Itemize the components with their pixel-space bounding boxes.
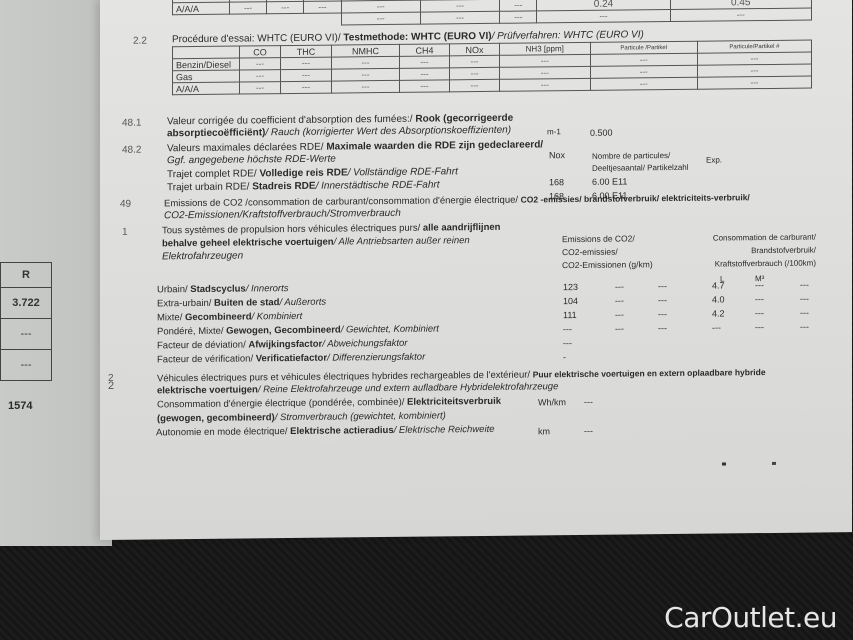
left-page-value: 1574 — [8, 400, 32, 412]
consumption-cell: --- — [658, 294, 667, 306]
consumption-cell: --- — [615, 323, 624, 335]
co2-column-header: Emissions de CO2/ CO2-emissies/ CO2-Emis… — [562, 232, 653, 272]
consumption-cell: --- — [800, 279, 809, 291]
item-48-2-line1: Valeurs maximales déclarées RDE/ Maximal… — [167, 139, 543, 155]
consumption-cell: --- — [658, 280, 667, 292]
left-page-marker: 2 — [108, 380, 114, 392]
item-49-line2: CO2-Emissionen/Kraftstoffverbrauch/Strom… — [164, 208, 401, 222]
exp-header: Exp. — [706, 154, 722, 166]
consumption-cell: 4.7 — [712, 279, 725, 291]
section-number: 2.2 — [133, 36, 147, 47]
electric-consumption-2: (gewogen, gecombineerd)/ Stromverbrauch … — [157, 410, 446, 425]
particles-header: Deeltjesaantal/ Partikelzahl — [592, 162, 689, 175]
consumption-cell: --- — [615, 309, 624, 321]
particles-header: Nombre de particules/ — [592, 150, 670, 163]
item-number: 48.1 — [122, 118, 141, 129]
left-table-cell: --- — [1, 319, 52, 350]
consumption-row: Facteur de déviation/ Afwijkingsfactor/ … — [157, 338, 407, 353]
top-table-row-label: A/A/A — [173, 2, 230, 15]
item-number: 49 — [120, 199, 131, 210]
consumption-row: Urbain/ Stadscyclus/ Innerorts — [157, 283, 289, 296]
consumption-cell: --- — [755, 293, 764, 305]
consumption-cell: --- — [615, 295, 624, 307]
print-mark — [722, 462, 726, 465]
item-1-line3: Elektrofahrzeugen — [162, 251, 243, 264]
consumption-cell: --- — [658, 308, 667, 320]
consumption-cell: 123 — [563, 281, 578, 293]
consumption-cell: --- — [615, 281, 624, 293]
consumption-row: Extra-urbain/ Buiten de stad/ Außerorts — [157, 297, 326, 311]
print-mark — [772, 462, 776, 465]
consumption-row: Facteur de vérification/ Verificatiefact… — [157, 352, 425, 367]
consumption-cell: --- — [755, 279, 764, 291]
consumption-cell: --- — [563, 323, 572, 335]
item-1-line2: behalve geheel elektrische voertuigen/ A… — [162, 235, 470, 250]
main-page: --- --- --- 51.30 56.40 --- Particule /P… — [100, 0, 852, 540]
watermark-logo: CarOutlet.eu — [664, 601, 837, 634]
consumption-cell: - — [563, 351, 566, 363]
whtc-table: CO THC NMHC CH4 NOx NH3 [ppm] Particule … — [172, 40, 812, 96]
consumption-cell: 104 — [563, 295, 578, 307]
left-table-cell: 3.722 — [1, 288, 52, 319]
left-page: R 3.722 --- --- 1574 — [0, 0, 112, 546]
item-48-2-line2: Ggf. angegebene höchste RDE-Werte — [167, 154, 336, 168]
fuel-column-header: Consommation de carburant/ Brandstofverb… — [686, 231, 816, 271]
left-page-table: R 3.722 --- --- — [0, 262, 52, 381]
consumption-row: Mixte/ Gecombineerd/ Kombiniert — [157, 311, 302, 325]
consumption-cell: --- — [800, 293, 809, 305]
nox-header: Nox — [549, 149, 565, 161]
item-48-1-line2: absorptiecoëfficiënt)/ Rauch (korrigiert… — [167, 125, 511, 141]
left-table-cell: --- — [1, 350, 52, 381]
electric-range: Autonomie en mode électrique/ Elektrisch… — [156, 424, 495, 440]
consumption-cell: 4.0 — [712, 293, 725, 305]
consumption-cell: --- — [563, 337, 572, 349]
electric-consumption: Consommation d'énergie électrique (pondé… — [157, 396, 501, 412]
consumption-cell: --- — [755, 321, 764, 333]
unit-label: m-1 — [547, 126, 561, 138]
left-table-header: R — [1, 263, 52, 288]
smoke-value: 0.500 — [590, 127, 613, 139]
item-number: 1 — [122, 227, 128, 238]
consumption-cell: 4.2 — [712, 307, 725, 319]
consumption-cell: --- — [800, 307, 809, 319]
top-table: --- --- --- 51.30 56.40 --- Particule /P… — [172, 0, 812, 27]
item-49-line1: Emissions de CO2 /consommation de carbur… — [164, 191, 750, 210]
rde-row: Trajet urbain RDE/ Stadreis RDE/ Innerst… — [167, 179, 440, 194]
consumption-cell: --- — [658, 322, 667, 334]
consumption-cell: 111 — [563, 309, 577, 321]
consumption-cell: --- — [712, 321, 721, 333]
consumption-cell: --- — [755, 307, 764, 319]
consumption-cell: --- — [800, 321, 809, 333]
consumption-row: Pondéré, Mixte/ Gewogen, Gecombineerd/ G… — [157, 323, 439, 338]
item-number: 48.2 — [122, 145, 141, 156]
